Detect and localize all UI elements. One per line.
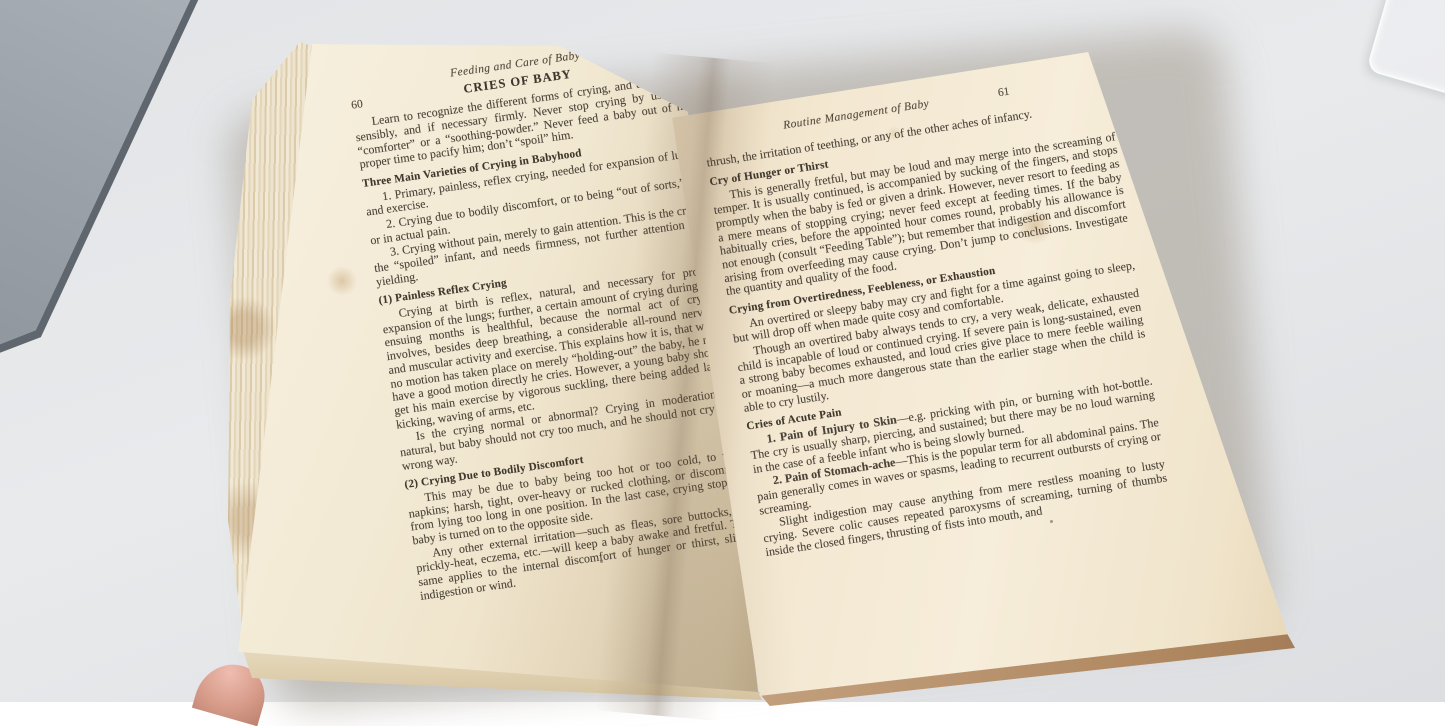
page-number: 61 (973, 86, 1011, 104)
foxing-spot (326, 266, 358, 296)
heading-spacer (649, 62, 685, 67)
acrylic-corner (1366, 0, 1445, 102)
photo-scene: Feeding and Care of Baby 60 CRIES OF BAB… (0, 0, 1445, 702)
page-number: 60 (351, 95, 388, 113)
right-page-text: Routine Management of Baby 61 thrush, th… (702, 71, 1170, 560)
speck (1050, 520, 1053, 523)
heading-spacer (703, 136, 739, 141)
